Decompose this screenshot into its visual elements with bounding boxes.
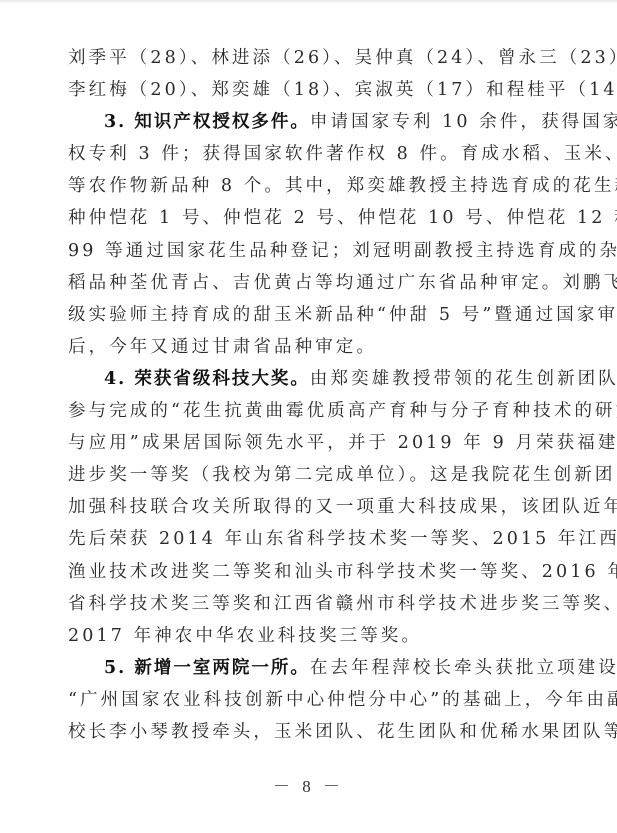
paragraph-text: 在去年程萍校长牵头获批立项建设 [310, 658, 617, 678]
text-line: 99 等通过国家花生品种登记；刘冠明副教授主持选育成的杂交水 [68, 235, 566, 267]
text-line: 稻品种荃优青占、吉优黄占等均通过广东省品种审定。刘鹏飞高 [68, 267, 566, 299]
text-line: 渔业技术改进奖二等奖和汕头市科学技术奖一等奖、2016 年广东 [68, 556, 566, 588]
document-body: 刘季平（28）、林进添（26）、吴仲真（24）、曾永三（23）、 李红梅（20）… [68, 42, 566, 748]
text-line: 等农作物新品种 8 个。其中，郑奕雄教授主持选育成的花生新良 [68, 170, 566, 202]
text-line: 种仲恺花 1 号、仲恺花 2 号、仲恺花 10 号、仲恺花 12 和仲恺花 [68, 202, 566, 234]
text-line: 权专利 3 件；获得国家软件著作权 8 件。育成水稻、玉米、花生 [68, 138, 566, 170]
text-line: 参与完成的“花生抗黄曲霉优质高产育种与分子育种技术的研究 [68, 395, 566, 427]
text-line: 与应用”成果居国际领先水平，并于 2019 年 9 月荣获福建省科技 [68, 427, 566, 459]
text-line: 先后荣获 2014 年山东省科学技术奖一等奖、2015 年江西省农牧 [68, 523, 566, 555]
paragraph-text: 申请国家专利 10 余件，获得国家授 [310, 112, 617, 132]
text-line: 级实验师主持育成的甜玉米新品种“仲甜 5 号”暨通过国家审定 [68, 299, 566, 331]
section-heading: 5. 新增一室两院一所。 [104, 658, 310, 678]
text-line: 校长李小琴教授牵头，玉米团队、花生团队和优稀水果团队等参 [68, 716, 566, 748]
paragraph-text: 由郑奕雄教授带领的花生创新团队， [310, 369, 617, 389]
section-4-first-line: 4. 荣获省级科技大奖。由郑奕雄教授带领的花生创新团队， [68, 363, 566, 395]
text-line: 刘季平（28）、林进添（26）、吴仲真（24）、曾永三（23）、 [68, 42, 566, 74]
text-line: 2017 年神农中华农业科技奖三等奖。 [68, 620, 566, 652]
text-line: 省科学技术奖三等奖和江西省赣州市科学技术进步奖三等奖、 [68, 588, 566, 620]
text-line: “广州国家农业科技创新中心仲恺分中心”的基础上，今年由副 [68, 684, 566, 716]
section-3-first-line: 3. 知识产权授权多件。申请国家专利 10 余件，获得国家授 [68, 106, 566, 138]
page-top-edge [0, 0, 617, 4]
text-line: 后，今年又通过甘肃省品种审定。 [68, 331, 566, 363]
text-line: 李红梅（20）、郑奕雄（18）、宾淑英（17）和程桂平（14）。 [68, 74, 566, 106]
page-number: － 8 － [0, 772, 617, 797]
section-5-first-line: 5. 新增一室两院一所。在去年程萍校长牵头获批立项建设 [68, 652, 566, 684]
text-line: 进步奖一等奖（我校为第二完成单位）。这是我院花生创新团队 [68, 459, 566, 491]
section-heading: 3. 知识产权授权多件。 [104, 112, 310, 132]
section-heading: 4. 荣获省级科技大奖。 [104, 369, 310, 389]
text-line: 加强科技联合攻关所取得的又一项重大科技成果，该团队近年来 [68, 491, 566, 523]
